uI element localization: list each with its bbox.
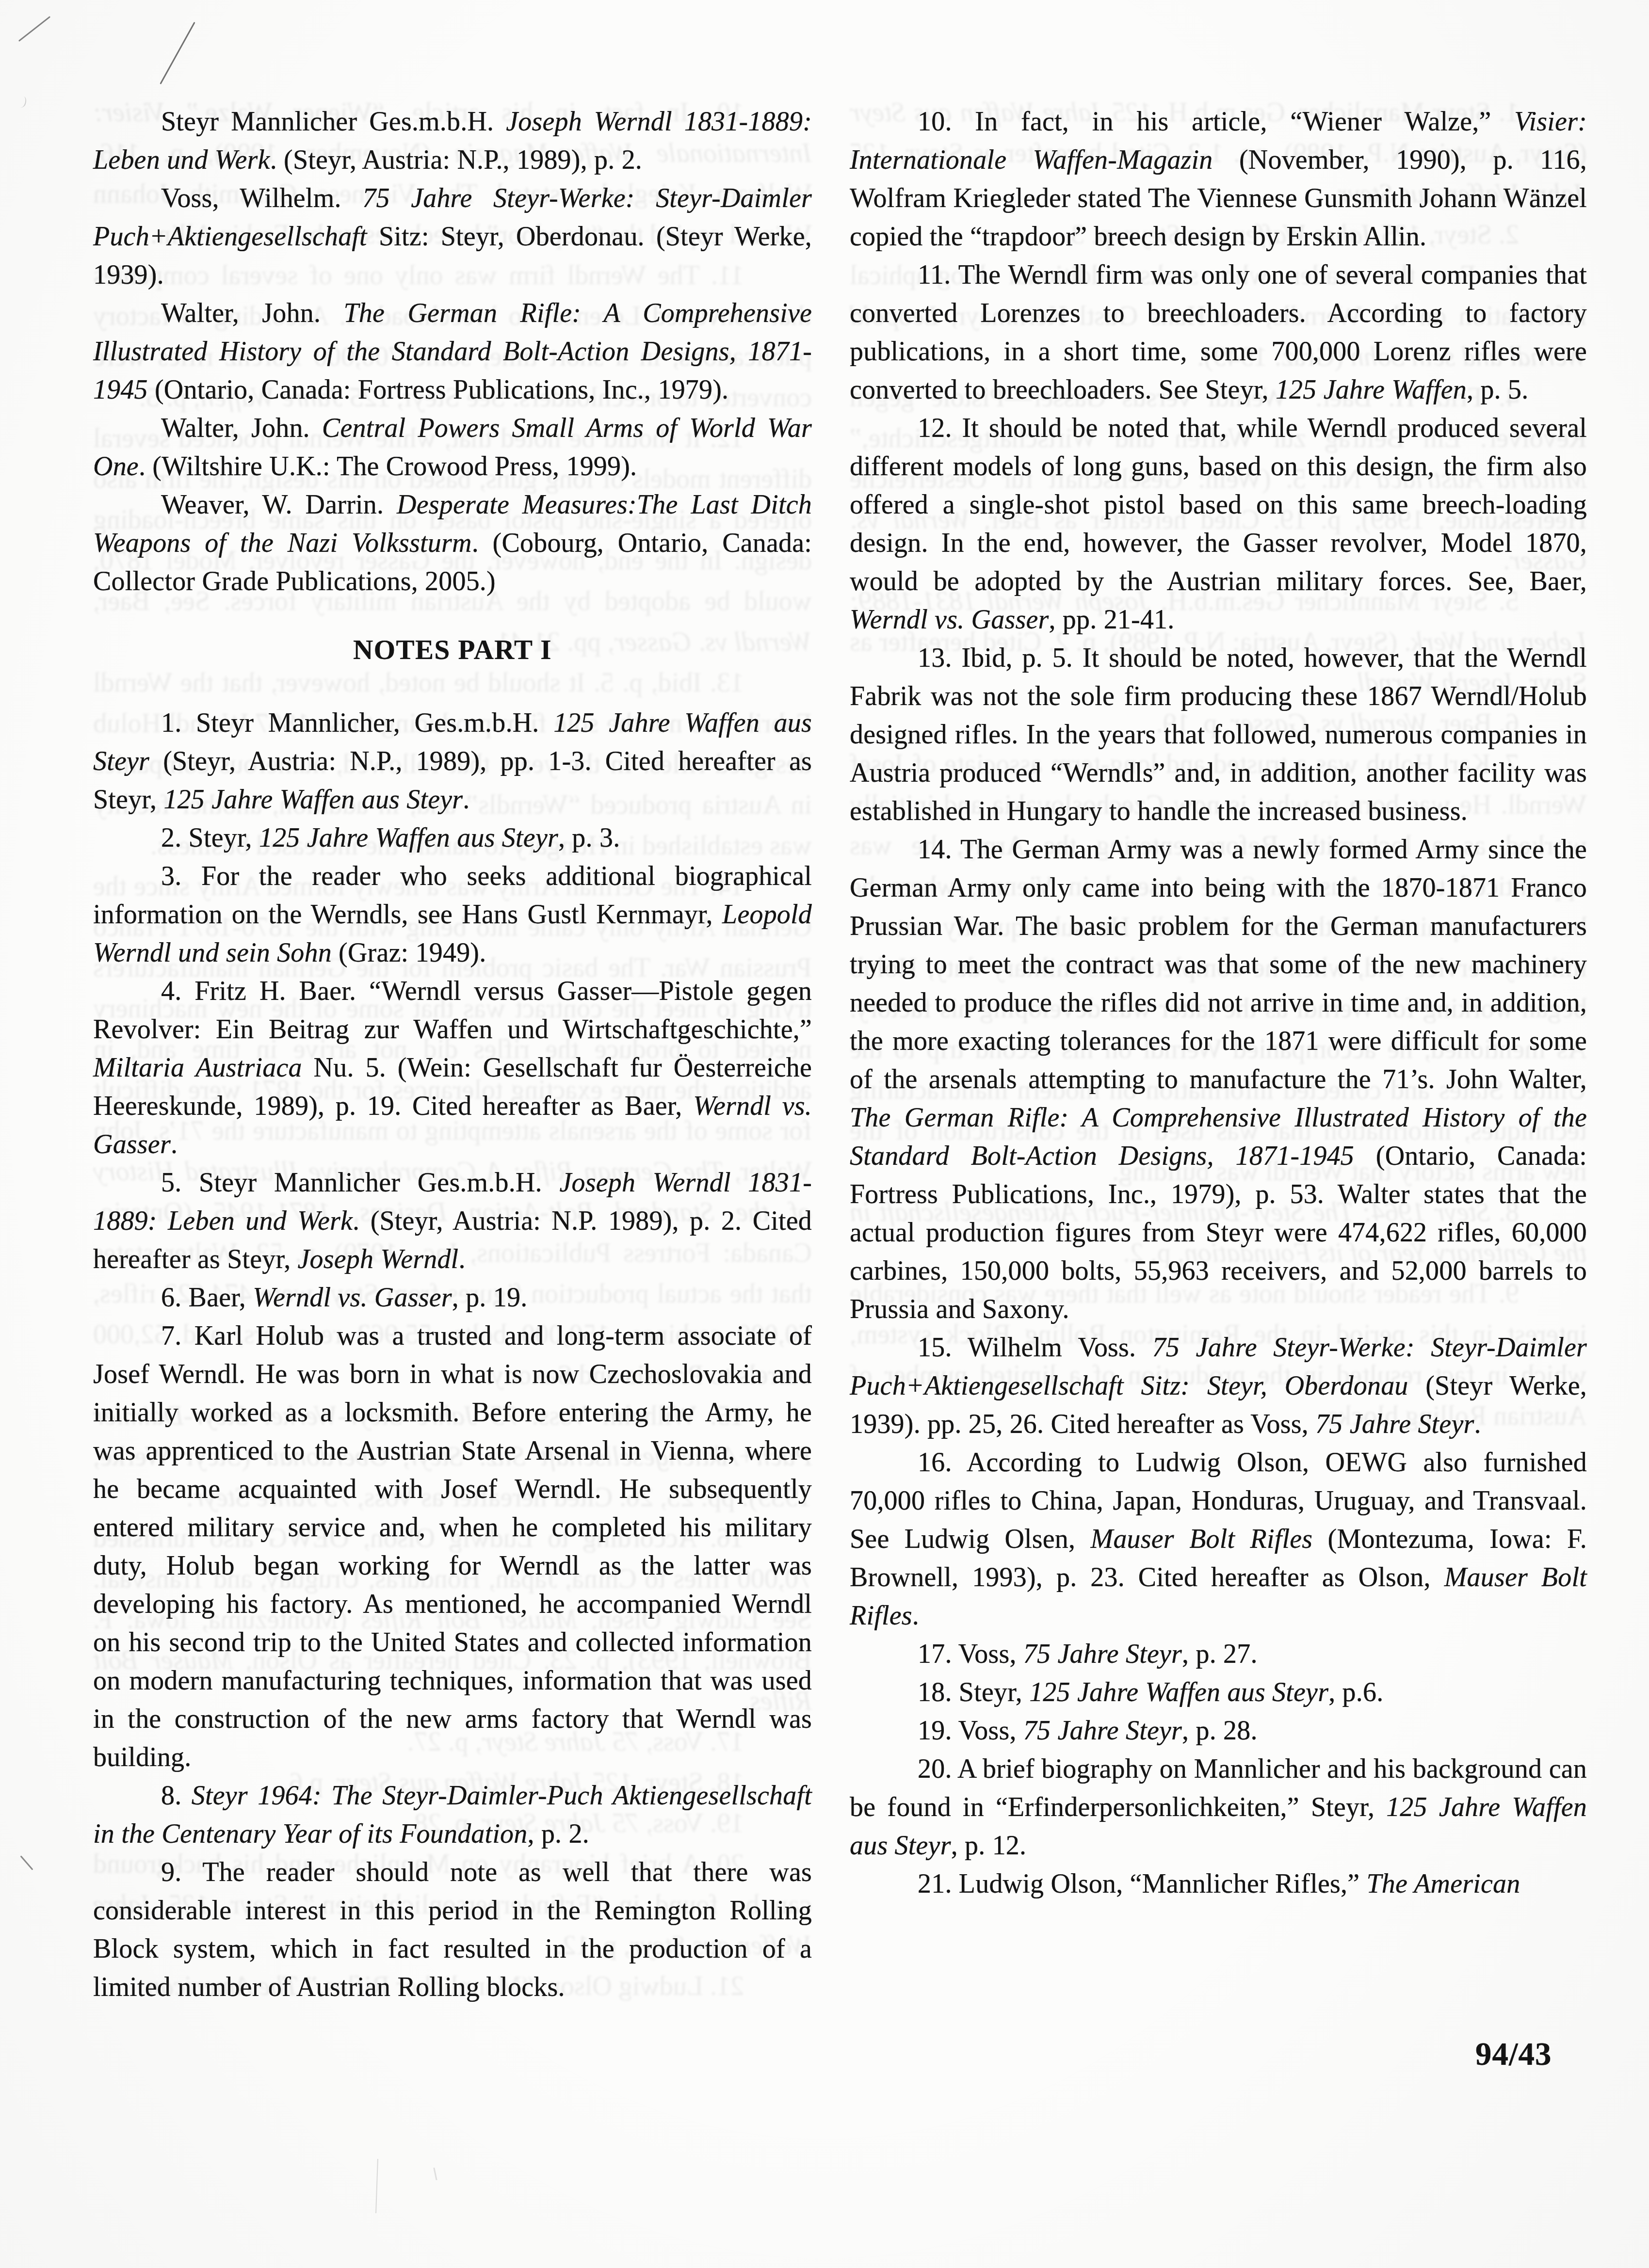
notes-part-heading: NOTES PART I — [93, 631, 812, 669]
body-text: 10. In fact, in his article, “Wiener Wal… — [918, 107, 1514, 137]
body-text: . (Steyr, Austria: N.P., 1989), p. 2. — [270, 145, 642, 175]
body-text: . — [171, 1129, 178, 1159]
body-text: 17. Voss, — [918, 1639, 1023, 1669]
body-text: 1. Steyr Mannlicher, Ges.m.b.H. — [161, 708, 553, 738]
page-background: 10. In fact, in his article, “Wiener Wal… — [0, 0, 1649, 2268]
scan-artifact-backslash-mark — [20, 1855, 33, 1870]
italic-title-text: Joseph Werndl — [298, 1244, 459, 1274]
bibliography-entry: Weaver, W. Darrin. Desperate Measures:Th… — [93, 486, 812, 601]
scan-artifact-slash-mark — [160, 22, 195, 84]
scan-artifact-speck — [433, 2168, 437, 2180]
body-text: , p. 28. — [1182, 1716, 1258, 1746]
left-column: Steyr Mannlicher Ges.m.b.H. Joseph Wernd… — [93, 103, 812, 2007]
bibliography-entry: Walter, John. Central Powers Small Arms … — [93, 409, 812, 486]
scan-artifact-speck — [16, 95, 27, 109]
note-paragraph: 12. It should be noted that, while Wernd… — [850, 409, 1587, 639]
italic-title-text: Miltaria Austriaca — [93, 1053, 302, 1083]
bibliography-section: Steyr Mannlicher Ges.m.b.H. Joseph Wernd… — [93, 103, 812, 601]
body-text: 7. Karl Holub was a trusted and long-ter… — [93, 1321, 812, 1772]
body-text: . — [458, 1244, 465, 1274]
body-text: Walter, John. — [161, 413, 322, 443]
body-text: , p. 5. — [1467, 375, 1528, 405]
body-text: 12. It should be noted that, while Wernd… — [850, 413, 1587, 596]
note-paragraph: 19. Voss, 75 Jahre Steyr, p. 28. — [850, 1712, 1587, 1750]
right-column: 10. In fact, in his article, “Wiener Wal… — [850, 103, 1587, 1903]
note-paragraph: 20. A brief biography on Mannlicher and … — [850, 1750, 1587, 1865]
page-number: 94/43 — [1475, 2036, 1552, 2073]
body-text: 5. Steyr Mannlicher Ges.m.b.H. — [161, 1168, 559, 1198]
italic-title-text: 75 Jahre Steyr — [1023, 1716, 1182, 1746]
scan-artifact-slash-mark — [18, 16, 50, 42]
body-text: 3. For the reader who seeks additional b… — [93, 861, 812, 930]
note-paragraph: 3. For the reader who seeks additional b… — [93, 857, 812, 972]
note-paragraph: 18. Steyr, 125 Jahre Waffen aus Steyr, p… — [850, 1673, 1587, 1712]
body-text: 14. The German Army was a newly formed A… — [850, 835, 1587, 1094]
note-paragraph: 7. Karl Holub was a trusted and long-ter… — [93, 1317, 812, 1777]
body-text: . (Wiltshire U.K.: The Crowood Press, 19… — [139, 451, 637, 482]
note-paragraph: 9. The reader should note as well that t… — [93, 1853, 812, 2007]
body-text: 13. Ibid, p. 5. It should be noted, howe… — [850, 643, 1587, 826]
italic-title-text: 125 Jahre Waffen aus Steyr — [163, 785, 463, 815]
note-paragraph: 16. According to Ludwig Olson, OEWG also… — [850, 1444, 1587, 1635]
body-text: 8. — [161, 1781, 192, 1811]
body-text: Walter, John. — [161, 298, 343, 328]
note-paragraph: 15. Wilhelm Voss. 75 Jahre Steyr-Werke: … — [850, 1329, 1587, 1444]
italic-title-text: 125 Jahre Waffen — [1276, 375, 1467, 405]
body-text: Steyr Mannlicher Ges.m.b.H. — [161, 107, 506, 137]
body-text: . — [463, 785, 469, 815]
italic-title-text: 125 Jahre Waffen aus Steyr — [1029, 1677, 1328, 1707]
italic-title-text: 75 Jahre Steyr — [1023, 1639, 1182, 1669]
notes-section-left: 1. Steyr Mannlicher, Ges.m.b.H. 125 Jahr… — [93, 704, 812, 2007]
body-text: 6. Baer, — [161, 1283, 253, 1313]
bibliography-entry: Steyr Mannlicher Ges.m.b.H. Joseph Wernd… — [93, 103, 812, 179]
note-paragraph: 4. Fritz H. Baer. “Werndl versus Gasser—… — [93, 972, 812, 1164]
notes-section-right: 10. In fact, in his article, “Wiener Wal… — [850, 103, 1587, 1903]
body-text: 4. Fritz H. Baer. “Werndl versus Gasser—… — [93, 976, 812, 1045]
body-text: 21. Ludwig Olson, “Mannlicher Rifles,” — [918, 1869, 1366, 1899]
note-paragraph: 5. Steyr Mannlicher Ges.m.b.H. Joseph We… — [93, 1164, 812, 1279]
italic-title-text: 75 Jahre Steyr — [1315, 1409, 1474, 1439]
bibliography-entry: Walter, John. The German Rifle: A Compre… — [93, 294, 812, 409]
note-paragraph: 8. Steyr 1964: The Steyr-Daimler-Puch Ak… — [93, 1777, 812, 1853]
italic-title-text: Steyr 1964: The Steyr-Daimler-Puch Aktie… — [93, 1781, 812, 1849]
body-text: 2. Steyr, — [161, 823, 259, 853]
note-paragraph: 2. Steyr, 125 Jahre Waffen aus Steyr, p.… — [93, 819, 812, 857]
note-paragraph: 17. Voss, 75 Jahre Steyr, p. 27. — [850, 1635, 1587, 1673]
body-text: , p.6. — [1328, 1677, 1383, 1707]
body-text: , pp. 21-41. — [1049, 605, 1174, 635]
body-text: . — [1474, 1409, 1481, 1439]
note-paragraph: 6. Baer, Werndl vs. Gasser, p. 19. — [93, 1279, 812, 1317]
body-text: (Graz: 1949). — [332, 938, 486, 968]
italic-title-text: Mauser Bolt Rifles — [1091, 1524, 1313, 1554]
body-text: , p. 27. — [1182, 1639, 1258, 1669]
note-paragraph: 21. Ludwig Olson, “Mannlicher Rifles,” T… — [850, 1865, 1587, 1903]
body-text: , p. 12. — [951, 1831, 1027, 1861]
italic-title-text: Werndl vs. Gasser — [253, 1283, 452, 1313]
body-text: Voss, Wilhelm. — [161, 183, 362, 213]
body-text: 15. Wilhelm Voss. — [918, 1333, 1152, 1363]
italic-title-text: 125 Jahre Waffen aus Steyr — [259, 823, 558, 853]
body-text: , p. 19. — [452, 1283, 528, 1313]
note-paragraph: 14. The German Army was a newly formed A… — [850, 831, 1587, 1329]
note-paragraph: 11. The Werndl firm was only one of seve… — [850, 256, 1587, 409]
body-text: Weaver, W. Darrin. — [161, 490, 397, 520]
scanned-book-page: { "page": { "number": "94/43", "notes_he… — [0, 0, 1649, 2268]
italic-title-text: The American — [1366, 1869, 1520, 1899]
body-text: 18. Steyr, — [918, 1677, 1029, 1707]
body-text: , p. 2. — [528, 1819, 589, 1849]
scan-artifact-scratch — [375, 2159, 378, 2213]
italic-title-text: Werndl vs. Gasser — [850, 605, 1049, 635]
body-text: 9. The reader should note as well that t… — [93, 1857, 812, 2002]
body-text: , p. 3. — [558, 823, 620, 853]
bibliography-entry: Voss, Wilhelm. 75 Jahre Steyr-Werke: Ste… — [93, 179, 812, 294]
note-paragraph: 1. Steyr Mannlicher, Ges.m.b.H. 125 Jahr… — [93, 704, 812, 819]
body-text: . — [912, 1601, 919, 1631]
note-paragraph: 13. Ibid, p. 5. It should be noted, howe… — [850, 639, 1587, 831]
body-text: (Ontario, Canada: Fortress Publications,… — [148, 375, 728, 405]
note-paragraph: 10. In fact, in his article, “Wiener Wal… — [850, 103, 1587, 256]
body-text: 19. Voss, — [918, 1716, 1023, 1746]
